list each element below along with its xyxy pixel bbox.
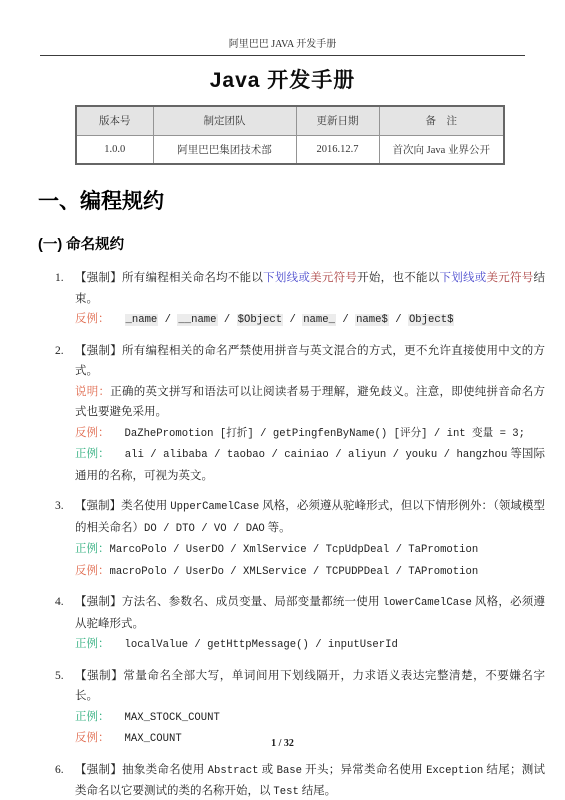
code-token: name_ — [302, 314, 336, 326]
highlight-blue: 下划线或 — [263, 272, 310, 284]
rule-number: 1. — [55, 268, 75, 331]
rule-line: 【强制】常量命名全部大写，单词间用下划线隔开，力求语义表达完整清楚，不要嫌名字长… — [75, 666, 545, 707]
info-table-body: 1.0.0阿里巴巴集团技术部2016.12.7首次向 Java 业界公开 — [76, 135, 504, 164]
code-text: / — [218, 314, 237, 326]
text: 开头；异常类命名使用 — [302, 764, 426, 776]
table-header-cell: 更新日期 — [296, 106, 379, 135]
rule-item: 5.【强制】常量命名全部大写，单词间用下划线隔开，力求语义表达完整清楚，不要嫌名… — [55, 666, 545, 750]
header-divider — [40, 55, 525, 56]
section-title: 一、编程规约 — [38, 185, 565, 215]
rule-body: 【强制】方法名、参数名、成员变量、局部变量都统一使用 lowerCamelCas… — [75, 592, 545, 656]
highlight-red: 美元符号 — [487, 272, 534, 284]
info-table-head-row: 版本号制定团队更新日期备 注 — [76, 106, 504, 135]
text: 【强制】所有编程相关命名均不能以 — [75, 272, 263, 284]
rule-number: 4. — [55, 592, 75, 656]
rule-body: 【强制】抽象类命名使用 Abstract 或 Base 开头；异常类命名使用 E… — [75, 760, 545, 800]
table-row: 1.0.0阿里巴巴集团技术部2016.12.7首次向 Java 业界公开 — [76, 135, 504, 164]
code-token: Object$ — [408, 314, 455, 326]
rule-item: 3.【强制】类名使用 UpperCamelCase 风格，必须遵从驼峰形式，但以… — [55, 496, 545, 582]
code-text: MarcoPolo / UserDO / XmlService / TcpUdp… — [110, 544, 479, 556]
subsection-title: (一) 命名规约 — [38, 233, 565, 254]
document-page: 阿里巴巴 JAVA 开发手册 Java 开发手册 版本号制定团队更新日期备 注 … — [0, 0, 565, 800]
highlight-blue: 下划线或 — [439, 272, 486, 284]
rule-line: 正例：ali / alibaba / taobao / cainiao / al… — [75, 444, 545, 486]
rule-line: 正例：MAX_STOCK_COUNT — [75, 707, 545, 729]
code-text: Abstract — [208, 765, 259, 777]
positive-example-label: 正例： — [75, 543, 110, 555]
rule-line: 反例：macroPolo / UserDo / XMLService / TCP… — [75, 561, 545, 583]
positive-example-label: 正例： — [75, 711, 110, 723]
code-token: __name — [177, 314, 217, 326]
text: 正确的英文拼写和语法可以让阅读者易于理解，避免歧义。注意，即使纯拼音命名方式也要… — [75, 386, 545, 419]
rule-item: 1.【强制】所有编程相关命名均不能以下划线或美元符号开始，也不能以下划线或美元符… — [55, 268, 545, 331]
rule-number: 5. — [55, 666, 75, 750]
running-header: 阿里巴巴 JAVA 开发手册 — [0, 0, 565, 50]
code-text: Exception — [426, 765, 483, 777]
text: 【强制】类名使用 — [75, 500, 170, 512]
code-text: Base — [277, 765, 302, 777]
page-number: 1 / 32 — [0, 738, 565, 749]
code-text: DaZhePromotion [打折] / getPingfenByName()… — [125, 428, 526, 440]
counterexample-label: 反例： — [75, 427, 110, 439]
text: 【强制】方法名、参数名、成员变量、局部变量都统一使用 — [75, 596, 383, 608]
rule-line: 【强制】所有编程相关命名均不能以下划线或美元符号开始，也不能以下划线或美元符号结… — [75, 268, 545, 309]
text: 开始，也不能以 — [357, 272, 439, 284]
rule-body: 【强制】所有编程相关命名均不能以下划线或美元符号开始，也不能以下划线或美元符号结… — [75, 268, 545, 331]
code-text: MAX_STOCK_COUNT — [125, 712, 220, 724]
rule-number: 2. — [55, 341, 75, 487]
rule-item: 4.【强制】方法名、参数名、成员变量、局部变量都统一使用 lowerCamelC… — [55, 592, 545, 656]
table-cell: 首次向 Java 业界公开 — [379, 135, 504, 164]
table-cell: 1.0.0 — [76, 135, 153, 164]
text: 【强制】所有编程相关的命名严禁使用拼音与英文混合的方式，更不允许直接使用中文的方… — [75, 345, 545, 378]
code-text: UpperCamelCase — [170, 501, 259, 513]
text: 等。 — [265, 522, 291, 534]
doc-title: Java 开发手册 — [0, 64, 565, 94]
code-text: lowerCamelCase — [383, 597, 472, 609]
rule-line: 正例：localValue / getHttpMessage() / input… — [75, 634, 545, 656]
rule-line: 【强制】抽象类命名使用 Abstract 或 Base 开头；异常类命名使用 E… — [75, 760, 545, 800]
code-text: localValue / getHttpMessage() / inputUse… — [125, 639, 398, 651]
rule-line: 反例：DaZhePromotion [打折] / getPingfenByNam… — [75, 423, 545, 445]
rule-body: 【强制】常量命名全部大写，单词间用下划线隔开，力求语义表达完整清楚，不要嫌名字长… — [75, 666, 545, 750]
positive-example-label: 正例： — [75, 448, 110, 460]
rule-body: 【强制】类名使用 UpperCamelCase 风格，必须遵从驼峰形式，但以下情… — [75, 496, 545, 582]
rule-body: 【强制】所有编程相关的命名严禁使用拼音与英文混合的方式，更不允许直接使用中文的方… — [75, 341, 545, 487]
code-text: / — [389, 314, 408, 326]
positive-example-label: 正例： — [75, 638, 110, 650]
rule-number: 3. — [55, 496, 75, 582]
rule-number: 6. — [55, 760, 75, 800]
rule-line: 说明：正确的英文拼写和语法可以让阅读者易于理解，避免歧义。注意，即使纯拼音命名方… — [75, 382, 545, 423]
text: 结尾。 — [299, 785, 336, 797]
code-token: _name — [125, 314, 159, 326]
rule-line: 【强制】方法名、参数名、成员变量、局部变量都统一使用 lowerCamelCas… — [75, 592, 545, 634]
code-token: $Object — [237, 314, 284, 326]
text: 或 — [259, 764, 277, 776]
explanation-label: 说明： — [75, 386, 110, 398]
counterexample-label: 反例： — [75, 565, 110, 577]
code-text: Test — [273, 786, 298, 798]
rules-list: 1.【强制】所有编程相关命名均不能以下划线或美元符号开始，也不能以下划线或美元符… — [55, 268, 545, 800]
counterexample-label: 反例： — [75, 313, 110, 325]
highlight-red: 美元符号 — [310, 272, 357, 284]
code-text: / — [158, 314, 177, 326]
table-header-cell: 版本号 — [76, 106, 153, 135]
rule-item: 2.【强制】所有编程相关的命名严禁使用拼音与英文混合的方式，更不允许直接使用中文… — [55, 341, 545, 487]
table-header-cell: 制定团队 — [153, 106, 296, 135]
version-info-table: 版本号制定团队更新日期备 注 1.0.0阿里巴巴集团技术部2016.12.7首次… — [75, 105, 505, 165]
rule-line: 【强制】所有编程相关的命名严禁使用拼音与英文混合的方式，更不允许直接使用中文的方… — [75, 341, 545, 382]
table-header-cell: 备 注 — [379, 106, 504, 135]
table-cell: 2016.12.7 — [296, 135, 379, 164]
table-cell: 阿里巴巴集团技术部 — [153, 135, 296, 164]
rule-line: 【强制】类名使用 UpperCamelCase 风格，必须遵从驼峰形式，但以下情… — [75, 496, 545, 539]
code-text: / — [283, 314, 302, 326]
text: 【强制】抽象类命名使用 — [75, 764, 208, 776]
code-text: macroPolo / UserDo / XMLService / TCPUDP… — [110, 566, 479, 578]
code-text: DO / DTO / VO / DAO — [144, 523, 265, 535]
rule-item: 6.【强制】抽象类命名使用 Abstract 或 Base 开头；异常类命名使用… — [55, 760, 545, 800]
code-text: / — [336, 314, 355, 326]
rule-line: 正例：MarcoPolo / UserDO / XmlService / Tcp… — [75, 539, 545, 561]
code-token: name$ — [355, 314, 389, 326]
code-text: ali / alibaba / taobao / cainiao / aliyu… — [125, 449, 508, 461]
text: 【强制】常量命名全部大写，单词间用下划线隔开，力求语义表达完整清楚，不要嫌名字长… — [75, 670, 545, 703]
rule-line: 反例：_name / __name / $Object / name_ / na… — [75, 309, 545, 331]
